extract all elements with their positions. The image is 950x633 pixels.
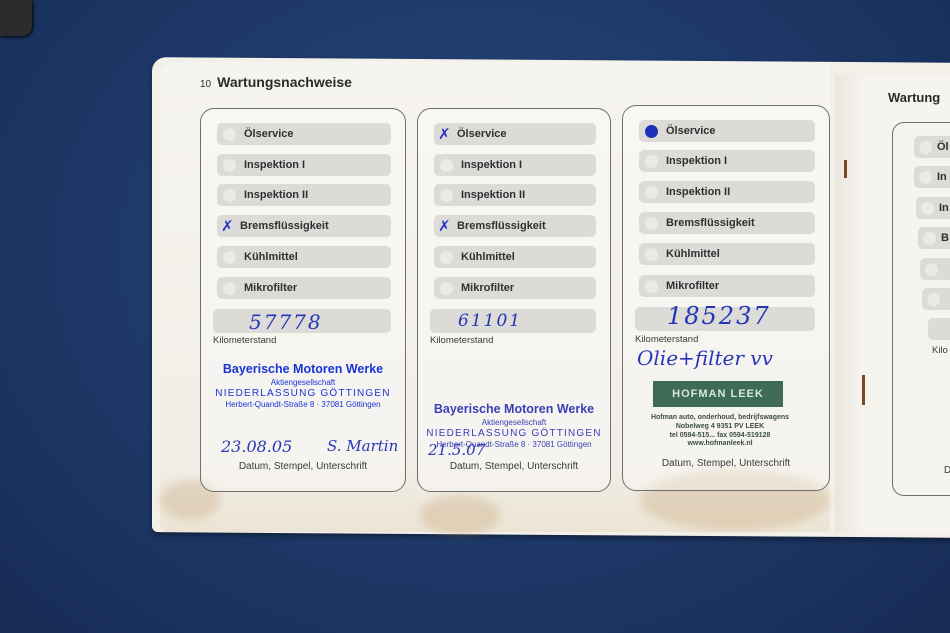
service-entry-card-3: Ölservice Inspektion I Inspektion II Bre…	[622, 105, 830, 491]
checkbox-circle	[440, 159, 453, 172]
checkbox-circle	[925, 263, 938, 276]
right-row: Öl	[914, 136, 950, 158]
row-inspektion-1: Inspektion I	[434, 154, 596, 176]
row-mikrofilter: Mikrofilter	[639, 275, 815, 297]
checkbox-circle	[440, 251, 453, 264]
row-mikrofilter: Mikrofilter	[434, 277, 596, 299]
stamp-line: Bayerische Motoren Werke	[201, 362, 405, 378]
item-label: Bremsflüssigkeit	[240, 220, 329, 232]
item-label: Mikrofilter	[244, 282, 297, 294]
bmw-stamp: Bayerische Motoren Werke Aktiengesellsch…	[201, 362, 405, 410]
right-km-label: Kilo	[932, 345, 948, 356]
handwritten-signature: S. Martin	[327, 437, 398, 455]
item-label: Bremsflüssigkeit	[666, 217, 755, 229]
item-label: Inspektion II	[244, 189, 308, 201]
row-inspektion-2: Inspektion II	[434, 184, 596, 206]
signature-label: Datum, Stempel, Unterschrift	[201, 461, 405, 472]
item-label: Inspektion II	[461, 189, 525, 201]
row-kuehlmittel: Kühlmittel	[217, 246, 391, 268]
row-oelservice: Ölservice	[639, 120, 815, 142]
row-kuehlmittel: Kühlmittel	[639, 243, 815, 265]
item-label: Mikrofilter	[666, 280, 719, 292]
checkbox-circle	[923, 232, 936, 245]
checkbox-circle	[927, 293, 940, 306]
cross-mark-icon: ✗	[221, 217, 236, 235]
checkbox-circle	[223, 159, 236, 172]
stamp-line: NIEDERLASSUNG GÖTTINGEN	[418, 428, 610, 441]
cross-mark-icon: ✗	[438, 125, 453, 143]
item-label: Ölservice	[457, 128, 507, 140]
item-label: Mikrofilter	[461, 282, 514, 294]
checkbox-circle	[223, 189, 236, 202]
filled-checkbox-icon	[645, 125, 658, 138]
right-km-box	[928, 318, 950, 340]
stamp-line: tel 0594-515... fax 0594-519128	[645, 432, 795, 441]
right-row	[922, 288, 950, 310]
service-entry-card-2: ✗Ölservice Inspektion I Inspektion II ✗B…	[417, 108, 611, 492]
item-label: Inspektion II	[666, 186, 730, 198]
row-oelservice: Ölservice	[217, 123, 391, 145]
checkbox-circle	[223, 282, 236, 295]
right-row: B	[918, 227, 950, 249]
right-row	[920, 258, 950, 280]
stamp-line: Hofman auto, onderhoud, bedrijfswagens	[645, 414, 795, 423]
km-value: 185237	[667, 302, 771, 330]
handwritten-date: 21.5.07	[428, 441, 485, 459]
row-oelservice: ✗Ölservice	[434, 123, 596, 145]
row-inspektion-1: Inspektion I	[217, 154, 391, 176]
stamp-line: NIEDERLASSUNG GÖTTINGEN	[201, 388, 405, 401]
cross-mark-icon: ✗	[438, 217, 453, 235]
right-row: In	[914, 166, 950, 188]
handwritten-date: 23.08.05	[221, 437, 292, 456]
checkbox-circle	[645, 280, 658, 293]
stamp-line: Herbert-Quandt-Straße 8 · 37081 Göttinge…	[201, 400, 405, 410]
stamp-line: Nobelweg 4 9351 PV LEEK	[645, 423, 795, 432]
water-stain	[420, 495, 500, 535]
row-bremsfluessigkeit: ✗Bremsflüssigkeit	[217, 215, 391, 237]
checkbox-circle	[440, 282, 453, 295]
km-value: 61101	[458, 311, 522, 331]
item-label: Ölservice	[244, 128, 294, 140]
item-label: Inspektion I	[666, 155, 727, 167]
right-page-title: Wartung	[888, 90, 940, 105]
item-label: Bremsflüssigkeit	[457, 220, 546, 232]
row-inspektion-2: Inspektion II	[217, 184, 391, 206]
page-number: 10	[200, 79, 211, 90]
signature-label: Datum, Stempel, Unterschrift	[418, 461, 610, 472]
stamp-line: Aktiengesellschaft	[201, 378, 405, 388]
page-header: 10Wartungsnachweise	[200, 74, 352, 90]
checkbox-circle	[921, 202, 934, 215]
item-label: Ölservice	[666, 125, 716, 137]
checkbox-circle	[645, 155, 658, 168]
right-signature-label: D	[944, 465, 950, 476]
rust-staple-mark	[862, 375, 865, 405]
dealer-stamp-logo: HOFMAN LEEK	[653, 381, 783, 407]
row-inspektion-2: Inspektion II	[639, 181, 815, 203]
item-label: Kühlmittel	[461, 251, 515, 263]
item-label: Öl	[937, 141, 949, 153]
black-clip	[0, 0, 32, 36]
checkbox-circle	[919, 141, 932, 154]
service-entry-card-1: Ölservice Inspektion I Inspektion II ✗Br…	[200, 108, 406, 492]
item-label: Kühlmittel	[244, 251, 298, 263]
checkbox-circle	[919, 171, 932, 184]
row-inspektion-1: Inspektion I	[639, 150, 815, 172]
item-label: In	[937, 171, 947, 183]
stamp-line: Aktiengesellschaft	[418, 418, 610, 428]
stamp-line: www.hofmanleek.nl	[645, 440, 795, 449]
item-label: B	[941, 232, 949, 244]
checkbox-circle	[645, 248, 658, 261]
km-label: Kilometerstand	[635, 334, 698, 345]
checkbox-circle	[223, 251, 236, 264]
item-label: In	[939, 202, 949, 214]
row-bremsfluessigkeit: ✗Bremsflüssigkeit	[434, 215, 596, 237]
checkbox-circle	[440, 189, 453, 202]
km-label: Kilometerstand	[213, 335, 276, 346]
signature-label: Datum, Stempel, Unterschrift	[623, 458, 829, 469]
handwritten-note: Olie+filter vv	[637, 346, 773, 370]
checkbox-circle	[645, 217, 658, 230]
rust-staple-mark	[844, 160, 847, 178]
checkbox-circle	[223, 128, 236, 141]
item-label: Kühlmittel	[666, 248, 720, 260]
row-mikrofilter: Mikrofilter	[217, 277, 391, 299]
checkbox-circle	[645, 186, 658, 199]
right-row: In	[916, 197, 950, 219]
row-bremsfluessigkeit: Bremsflüssigkeit	[639, 212, 815, 234]
page-title: Wartungsnachweise	[217, 74, 352, 90]
row-kuehlmittel: Kühlmittel	[434, 246, 596, 268]
item-label: Inspektion I	[244, 159, 305, 171]
item-label: Inspektion I	[461, 159, 522, 171]
km-label: Kilometerstand	[430, 335, 493, 346]
km-value: 57778	[249, 310, 323, 334]
stamp-line: Bayerische Motoren Werke	[418, 402, 610, 418]
dealer-stamp-address: Hofman auto, onderhoud, bedrijfswagens N…	[645, 414, 795, 449]
